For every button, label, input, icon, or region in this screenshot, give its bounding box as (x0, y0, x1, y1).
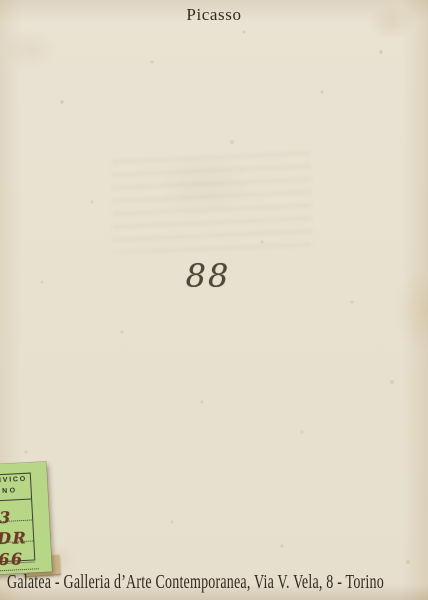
paper-foxing-speckles (0, 0, 428, 600)
verso-text-showthrough (112, 149, 313, 253)
sticker-frame: CIVICO RINO 3 DR 66 (0, 473, 35, 565)
sticker-handwritten-value-3: 66 (0, 551, 24, 568)
library-sticker: CIVICO RINO 3 DR 66 (0, 462, 52, 577)
sticker-printed-line-2: RINO (0, 486, 31, 500)
page-title: Picasso (0, 5, 428, 25)
scanned-catalog-page: Picasso 88 CIVICO RINO 3 DR 66 Galatea -… (0, 0, 428, 600)
imprint-line: Galatea - Galleria d’Arte Contemporanea,… (7, 570, 384, 594)
sticker-row-3: 66 (0, 541, 34, 566)
plate-number: 88 (0, 257, 422, 295)
